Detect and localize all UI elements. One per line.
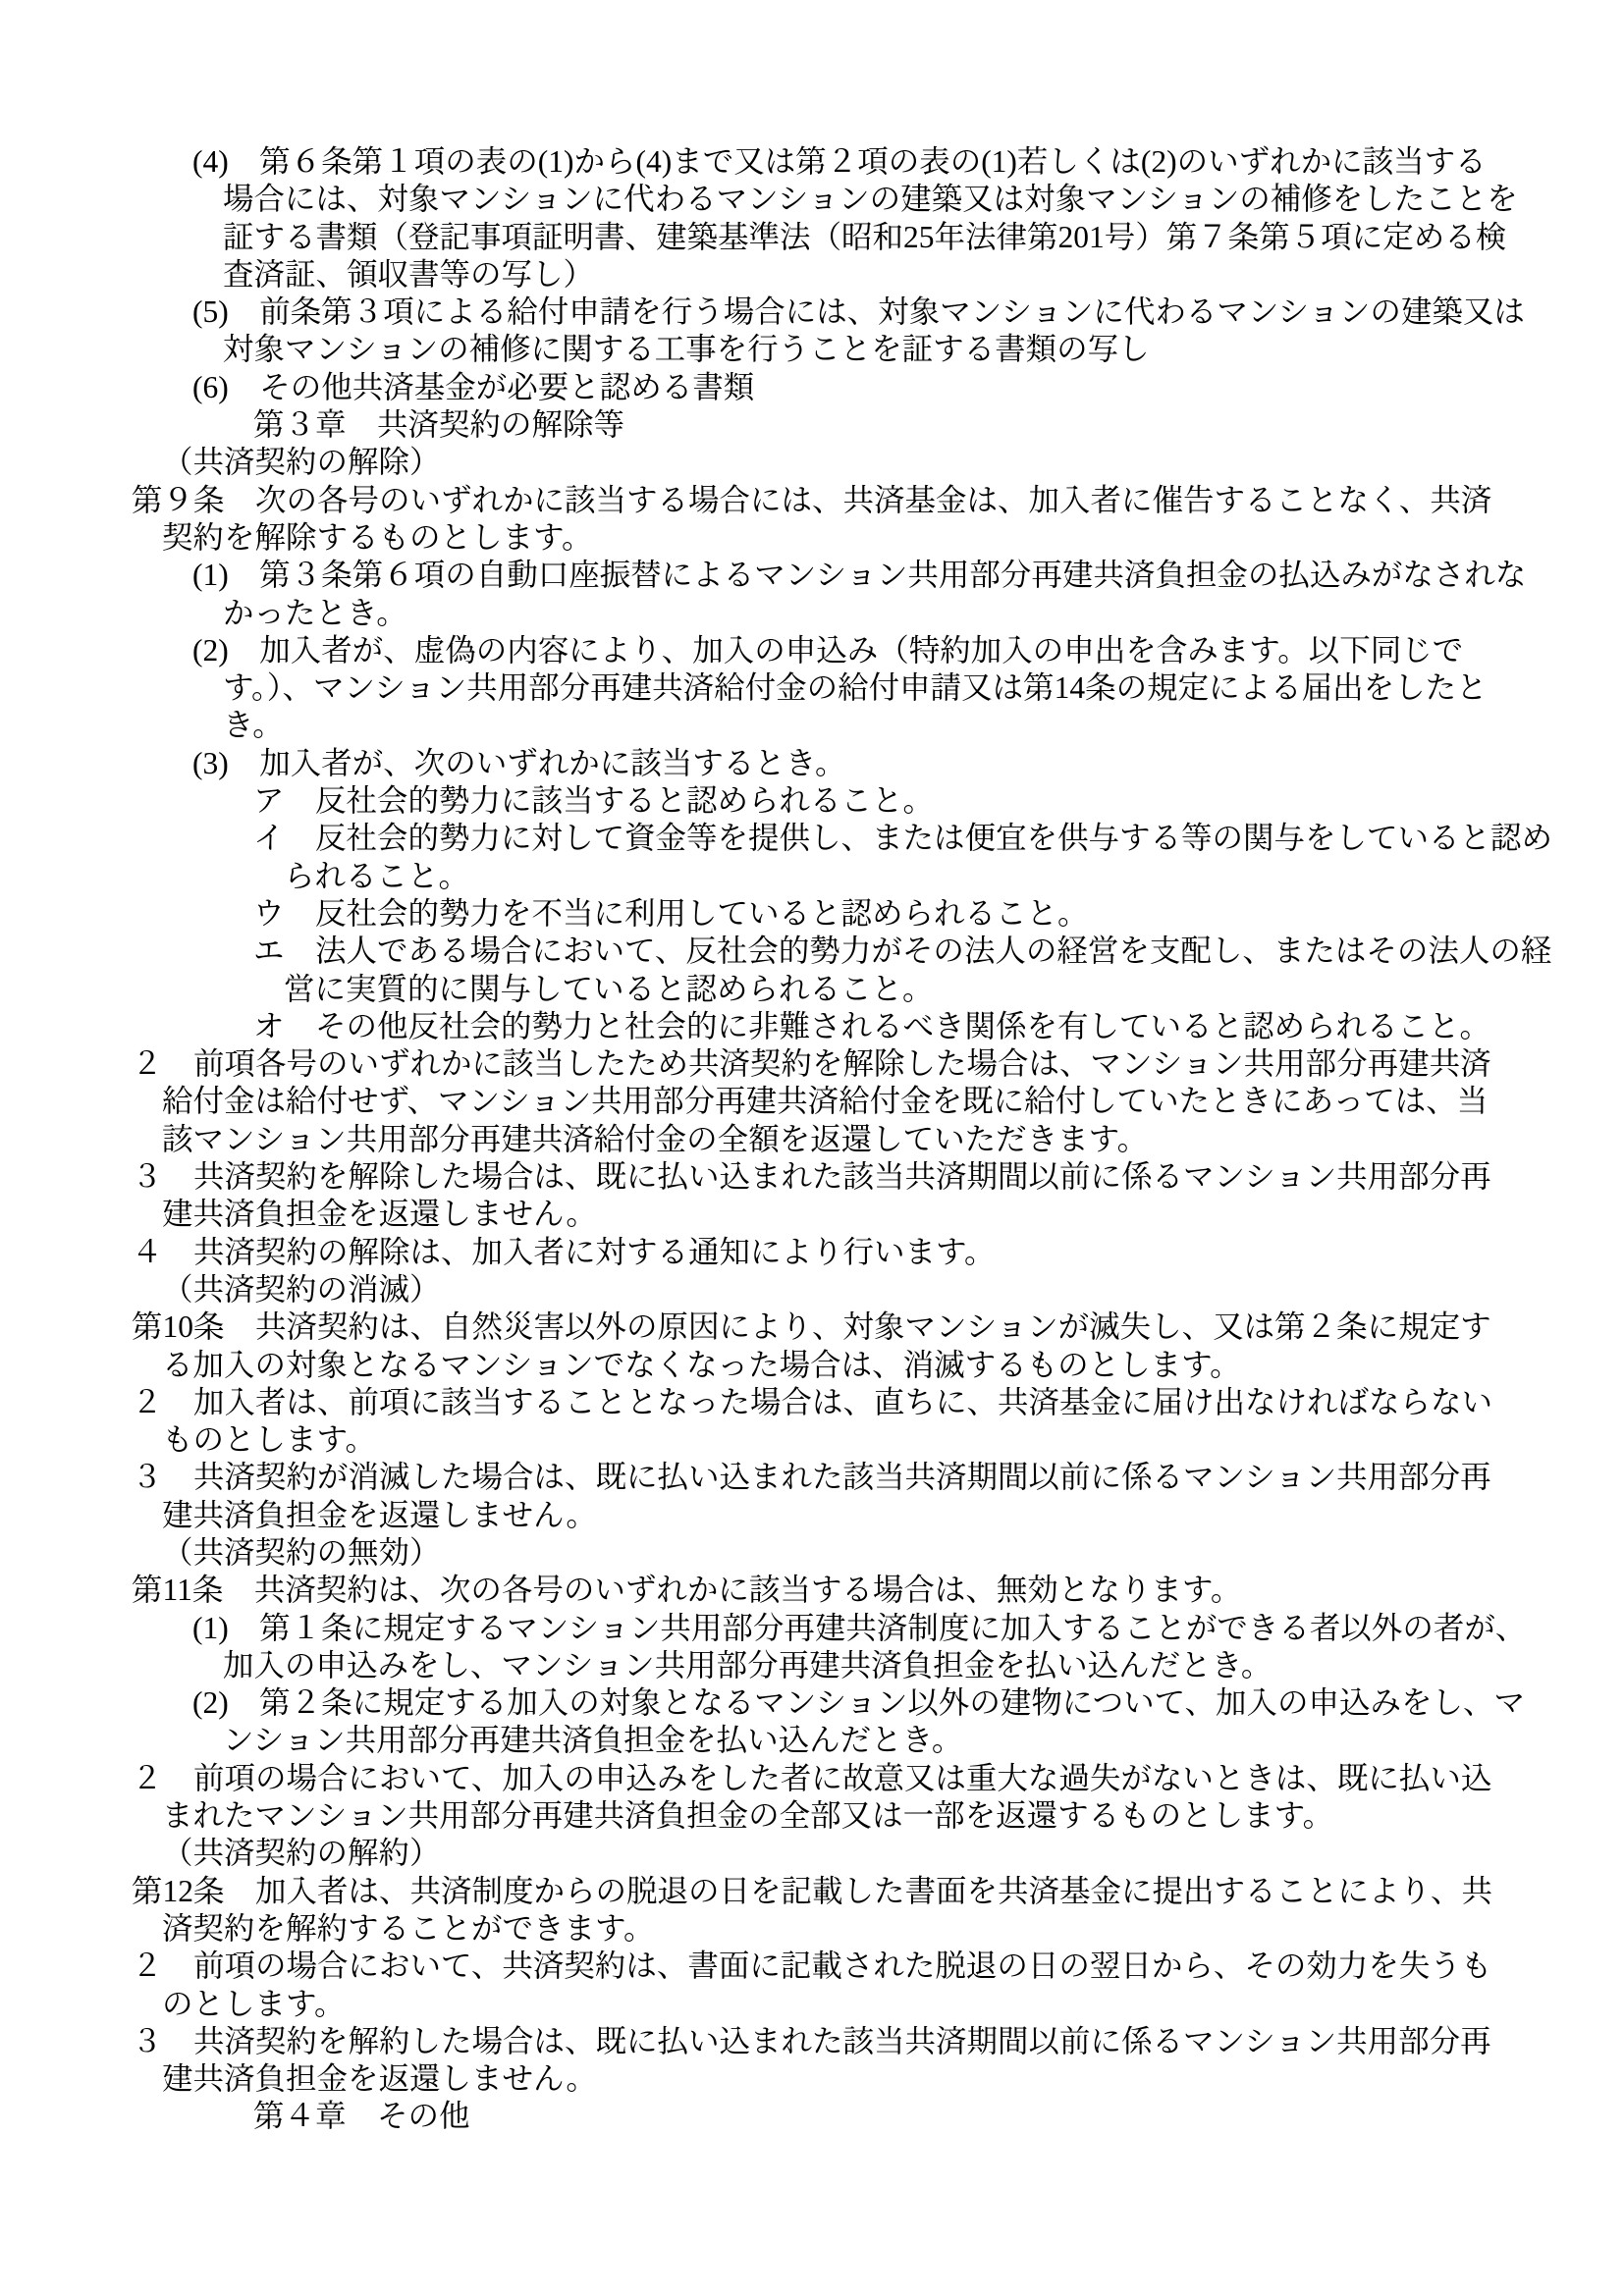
document-line: （共済契約の消滅） bbox=[0, 1271, 1624, 1308]
document-line: 建共済負担金を返還しません。 bbox=[0, 1196, 1624, 1233]
document-line: ３ 共済契約が消滅した場合は、既に払い込まれた該当共済期間以前に係るマンション共… bbox=[0, 1459, 1624, 1496]
document-line: （共済契約の無効） bbox=[0, 1534, 1624, 1572]
document-line: 場合には、対象マンションに代わるマンションの建築又は対象マンションの補修をしたこ… bbox=[0, 181, 1624, 218]
document-line: 査済証、領収書等の写し） bbox=[0, 256, 1624, 294]
document-line: オ その他反社会的勢力と社会的に非難されるべき関係を有していると認められること。 bbox=[0, 1008, 1624, 1045]
document-line: ３ 共済契約を解除した場合は、既に払い込まれた該当共済期間以前に係るマンション共… bbox=[0, 1158, 1624, 1196]
document-line: 建共済負担金を返還しません。 bbox=[0, 2060, 1624, 2098]
document-line: 第11条 共済契約は、次の各号のいずれかに該当する場合は、無効となります。 bbox=[0, 1572, 1624, 1609]
document-page: (4) 第６条第１項の表の(1)から(4)まで又は第２項の表の(1)若しくは(2… bbox=[0, 0, 1624, 2296]
document-line: ア 反社会的勢力に該当すると認められること。 bbox=[0, 782, 1624, 820]
document-line: 第12条 加入者は、共済制度からの脱退の日を記載した書面を共済基金に提出すること… bbox=[0, 1873, 1624, 1910]
document-line: ２ 前項の場合において、共済契約は、書面に記載された脱退の日の翌日から、その効力… bbox=[0, 1948, 1624, 1985]
document-line: ウ 反社会的勢力を不当に利用していると認められること。 bbox=[0, 895, 1624, 933]
document-line: ３ 共済契約を解約した場合は、既に払い込まれた該当共済期間以前に係るマンション共… bbox=[0, 2023, 1624, 2060]
document-line: (2) 第２条に規定する加入の対象となるマンション以外の建物について、加入の申込… bbox=[0, 1684, 1624, 1722]
document-line: ４ 共済契約の解除は、加入者に対する通知により行います。 bbox=[0, 1234, 1624, 1271]
document-line: ２ 前項各号のいずれかに該当したため共済契約を解除した場合は、マンション共用部分… bbox=[0, 1045, 1624, 1083]
document-line: ものとします。 bbox=[0, 1421, 1624, 1459]
document-line: (6) その他共済基金が必要と認める書類 bbox=[0, 369, 1624, 406]
document-line: （共済契約の解除） bbox=[0, 444, 1624, 481]
document-line: 契約を解除するものとします。 bbox=[0, 519, 1624, 557]
document-line: 建共済負担金を返還しません。 bbox=[0, 1497, 1624, 1534]
document-line: 対象マンションの補修に関する工事を行うことを証する書類の写し bbox=[0, 331, 1624, 368]
document-line: 第10条 共済契約は、自然災害以外の原因により、対象マンションが滅失し、又は第２… bbox=[0, 1308, 1624, 1346]
document-line: 給付金は給付せず、マンション共用部分再建共済給付金を既に給付していたときにあって… bbox=[0, 1083, 1624, 1120]
document-line: (1) 第１条に規定するマンション共用部分再建共済制度に加入することができる者以… bbox=[0, 1610, 1624, 1647]
document-line: イ 反社会的勢力に対して資金等を提供し、または便宜を供与する等の関与をしていると… bbox=[0, 820, 1624, 857]
document-line: エ 法人である場合において、反社会的勢力がその法人の経営を支配し、またはその法人… bbox=[0, 933, 1624, 970]
document-line: 第９条 次の各号のいずれかに該当する場合には、共済基金は、加入者に催告することな… bbox=[0, 482, 1624, 519]
document-line: (5) 前条第３項による給付申請を行う場合には、対象マンションに代わるマンション… bbox=[0, 294, 1624, 331]
document-line: られること。 bbox=[0, 858, 1624, 895]
document-line: ２ 前項の場合において、加入の申込みをした者に故意又は重大な過失がないときは、既… bbox=[0, 1760, 1624, 1797]
document-line: のとします。 bbox=[0, 1986, 1624, 2023]
document-line: る加入の対象となるマンションでなくなった場合は、消滅するものとします。 bbox=[0, 1347, 1624, 1384]
document-line: (3) 加入者が、次のいずれかに該当するとき。 bbox=[0, 745, 1624, 782]
document-line: 該マンション共用部分再建共済給付金の全額を返還していただきます。 bbox=[0, 1121, 1624, 1158]
document-line: 第３章 共済契約の解除等 bbox=[0, 406, 1624, 444]
document-line: (2) 加入者が、虚偽の内容により、加入の申込み（特約加入の申出を含みます。以下… bbox=[0, 632, 1624, 669]
document-line: 営に実質的に関与していると認められること。 bbox=[0, 971, 1624, 1008]
document-line: ンション共用部分再建共済負担金を払い込んだとき。 bbox=[0, 1722, 1624, 1759]
document-line: 証する書類（登記事項証明書、建築基準法（昭和25年法律第201号）第７条第５項に… bbox=[0, 219, 1624, 256]
document-line: ２ 加入者は、前項に該当することとなった場合は、直ちに、共済基金に届け出なければ… bbox=[0, 1384, 1624, 1421]
document-line: す。）、マンション共用部分再建共済給付金の給付申請又は第14条の規定による届出を… bbox=[0, 669, 1624, 707]
document-line: （共済契約の解約） bbox=[0, 1835, 1624, 1872]
document-line: まれたマンション共用部分再建共済負担金の全部又は一部を返還するものとします。 bbox=[0, 1797, 1624, 1835]
document-line: かったとき。 bbox=[0, 595, 1624, 632]
document-line: き。 bbox=[0, 707, 1624, 744]
document-line: 済契約を解約することができます。 bbox=[0, 1910, 1624, 1948]
document-line: 第４章 その他 bbox=[0, 2098, 1624, 2135]
document-line: (4) 第６条第１項の表の(1)から(4)まで又は第２項の表の(1)若しくは(2… bbox=[0, 143, 1624, 181]
document-line: 加入の申込みをし、マンション共用部分再建共済負担金を払い込んだとき。 bbox=[0, 1647, 1624, 1684]
document-line: (1) 第３条第６項の自動口座振替によるマンション共用部分再建共済負担金の払込み… bbox=[0, 557, 1624, 594]
